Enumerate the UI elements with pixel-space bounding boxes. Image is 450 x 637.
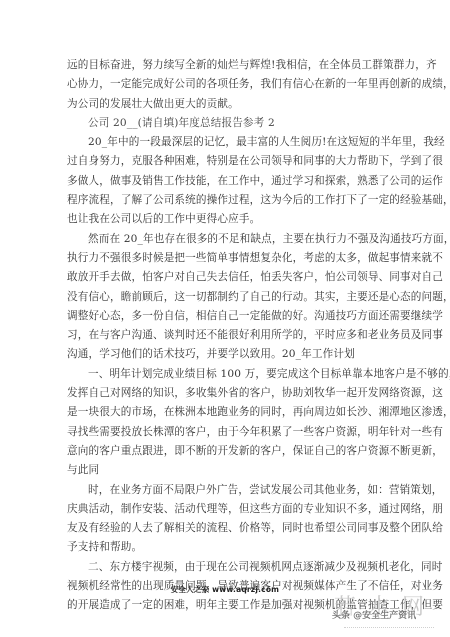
text-line: 敢放开手去做，怕客户对自己失去信任，怕丢失客户，怕公司领导、同事对自己	[67, 268, 385, 287]
text-line: 一、明年计划完成业绩目标 100 万，要完成这个目标单靠本地客户是不够的，	[67, 365, 385, 384]
text-line: 执行力不强很多时候是把一些简单事情想复杂化，考虑的太多，做起事情来就不	[67, 249, 385, 268]
text-line: 与此同	[67, 461, 385, 480]
text-line: 也让我在公司以后的工作中更得心应手。	[67, 210, 385, 229]
text-line: 20_年中的一段最深层的记忆，最丰富的人生阅历!在这短短的半年里，我经	[67, 133, 385, 152]
text-line: 心协力，一定能完成好公司的各项任务，我们有信心在新的一年里再创新的成绩，	[67, 75, 385, 94]
text-line: 二、东方楼宇视频，由于现在公司视频机网点逐渐减少及视频机老化，同时	[67, 558, 385, 577]
watermark-small-text: 头条 @安全生产资讯	[332, 610, 416, 622]
text-line: 时，在业务方面不局限户外广告，尝试发展公司其他业务，如：营销策划，	[67, 481, 385, 500]
text-line: 友及有经验的人去了解相关的流程、价格等，同时也希望公司同事及整个团队给	[67, 519, 385, 538]
section-title: 公司 20__(请自填)年度总结报告参考 2	[67, 114, 385, 133]
text-line: 程序流程，了解了公司系统的操作过程，这为今后的工作打下了一定的经验基础，	[67, 191, 385, 210]
text-line: 然而在 20_年也存在很多的不足和缺点，主要在执行力不强及沟通技巧方面，	[67, 230, 385, 249]
document-body: 远的目标奋进，努力续写全新的灿烂与辉煌!我相信，在全体员工群策群力，齐 心协力，…	[67, 56, 385, 616]
document-page: 远的目标奋进，努力续写全新的灿烂与辉煌!我相信，在全体员工群策群力，齐 心协力，…	[0, 0, 450, 637]
text-line: 远的目标奋进，努力续写全新的灿烂与辉煌!我相信，在全体员工群策群力，齐	[67, 56, 385, 75]
watermark-logo: 若水网 头条 @安全生产资讯	[332, 596, 444, 634]
text-line: 沟通，学习他们的话术技巧，并要学以致用。20_年工作计划	[67, 345, 385, 364]
text-line: 为公司的发展壮大做出更大的贡献。	[67, 95, 385, 114]
text-line: 意向的客户重点跟进，即不断的开发新的客户，保证自己的客户资源不断更新，	[67, 442, 385, 461]
text-line: 过自身努力，克服各种困难，特别是在公司领导和同事的大力帮助下，学到了很	[67, 152, 385, 171]
text-line: 予支持和帮助。	[67, 538, 385, 557]
text-line: 习，在与客户沟通、谈判时还不能很好利用所学的，平时应多和老业务员及同事	[67, 326, 385, 345]
text-line: 多做人，做事及销售工作技能，在工作中，通过学习和探索，熟悉了公司的运作	[67, 172, 385, 191]
text-line: 没有信心，瞻前顾后，这一切都制约了自己的行动。其实，主要还是心态的问题，	[67, 288, 385, 307]
text-line: 调整好心态，多一份自信，相信自己一定能做的好。沟通技巧方面还需要继续学	[67, 307, 385, 326]
text-line: 是一块很大的市场，在株洲本地跑业务的同时，再向周边如长沙、湘潭地区渗透，	[67, 403, 385, 422]
watermark-divider	[344, 627, 434, 630]
text-line: 寻找些需要投放长株潭的客户，由于今年积累了一些客户资源，明年针对一些有	[67, 423, 385, 442]
text-line: 发挥自己对网络的知识，多收集外省的客户，协助刘牧华一起开发网络资源，这	[67, 384, 385, 403]
page-footer: 安全人之家 www.aqrzj.com	[0, 584, 450, 595]
text-line: 庆典活动，制作安装、活动代理等，但这些方面的专业知识不多，通过网络，朋	[67, 500, 385, 519]
